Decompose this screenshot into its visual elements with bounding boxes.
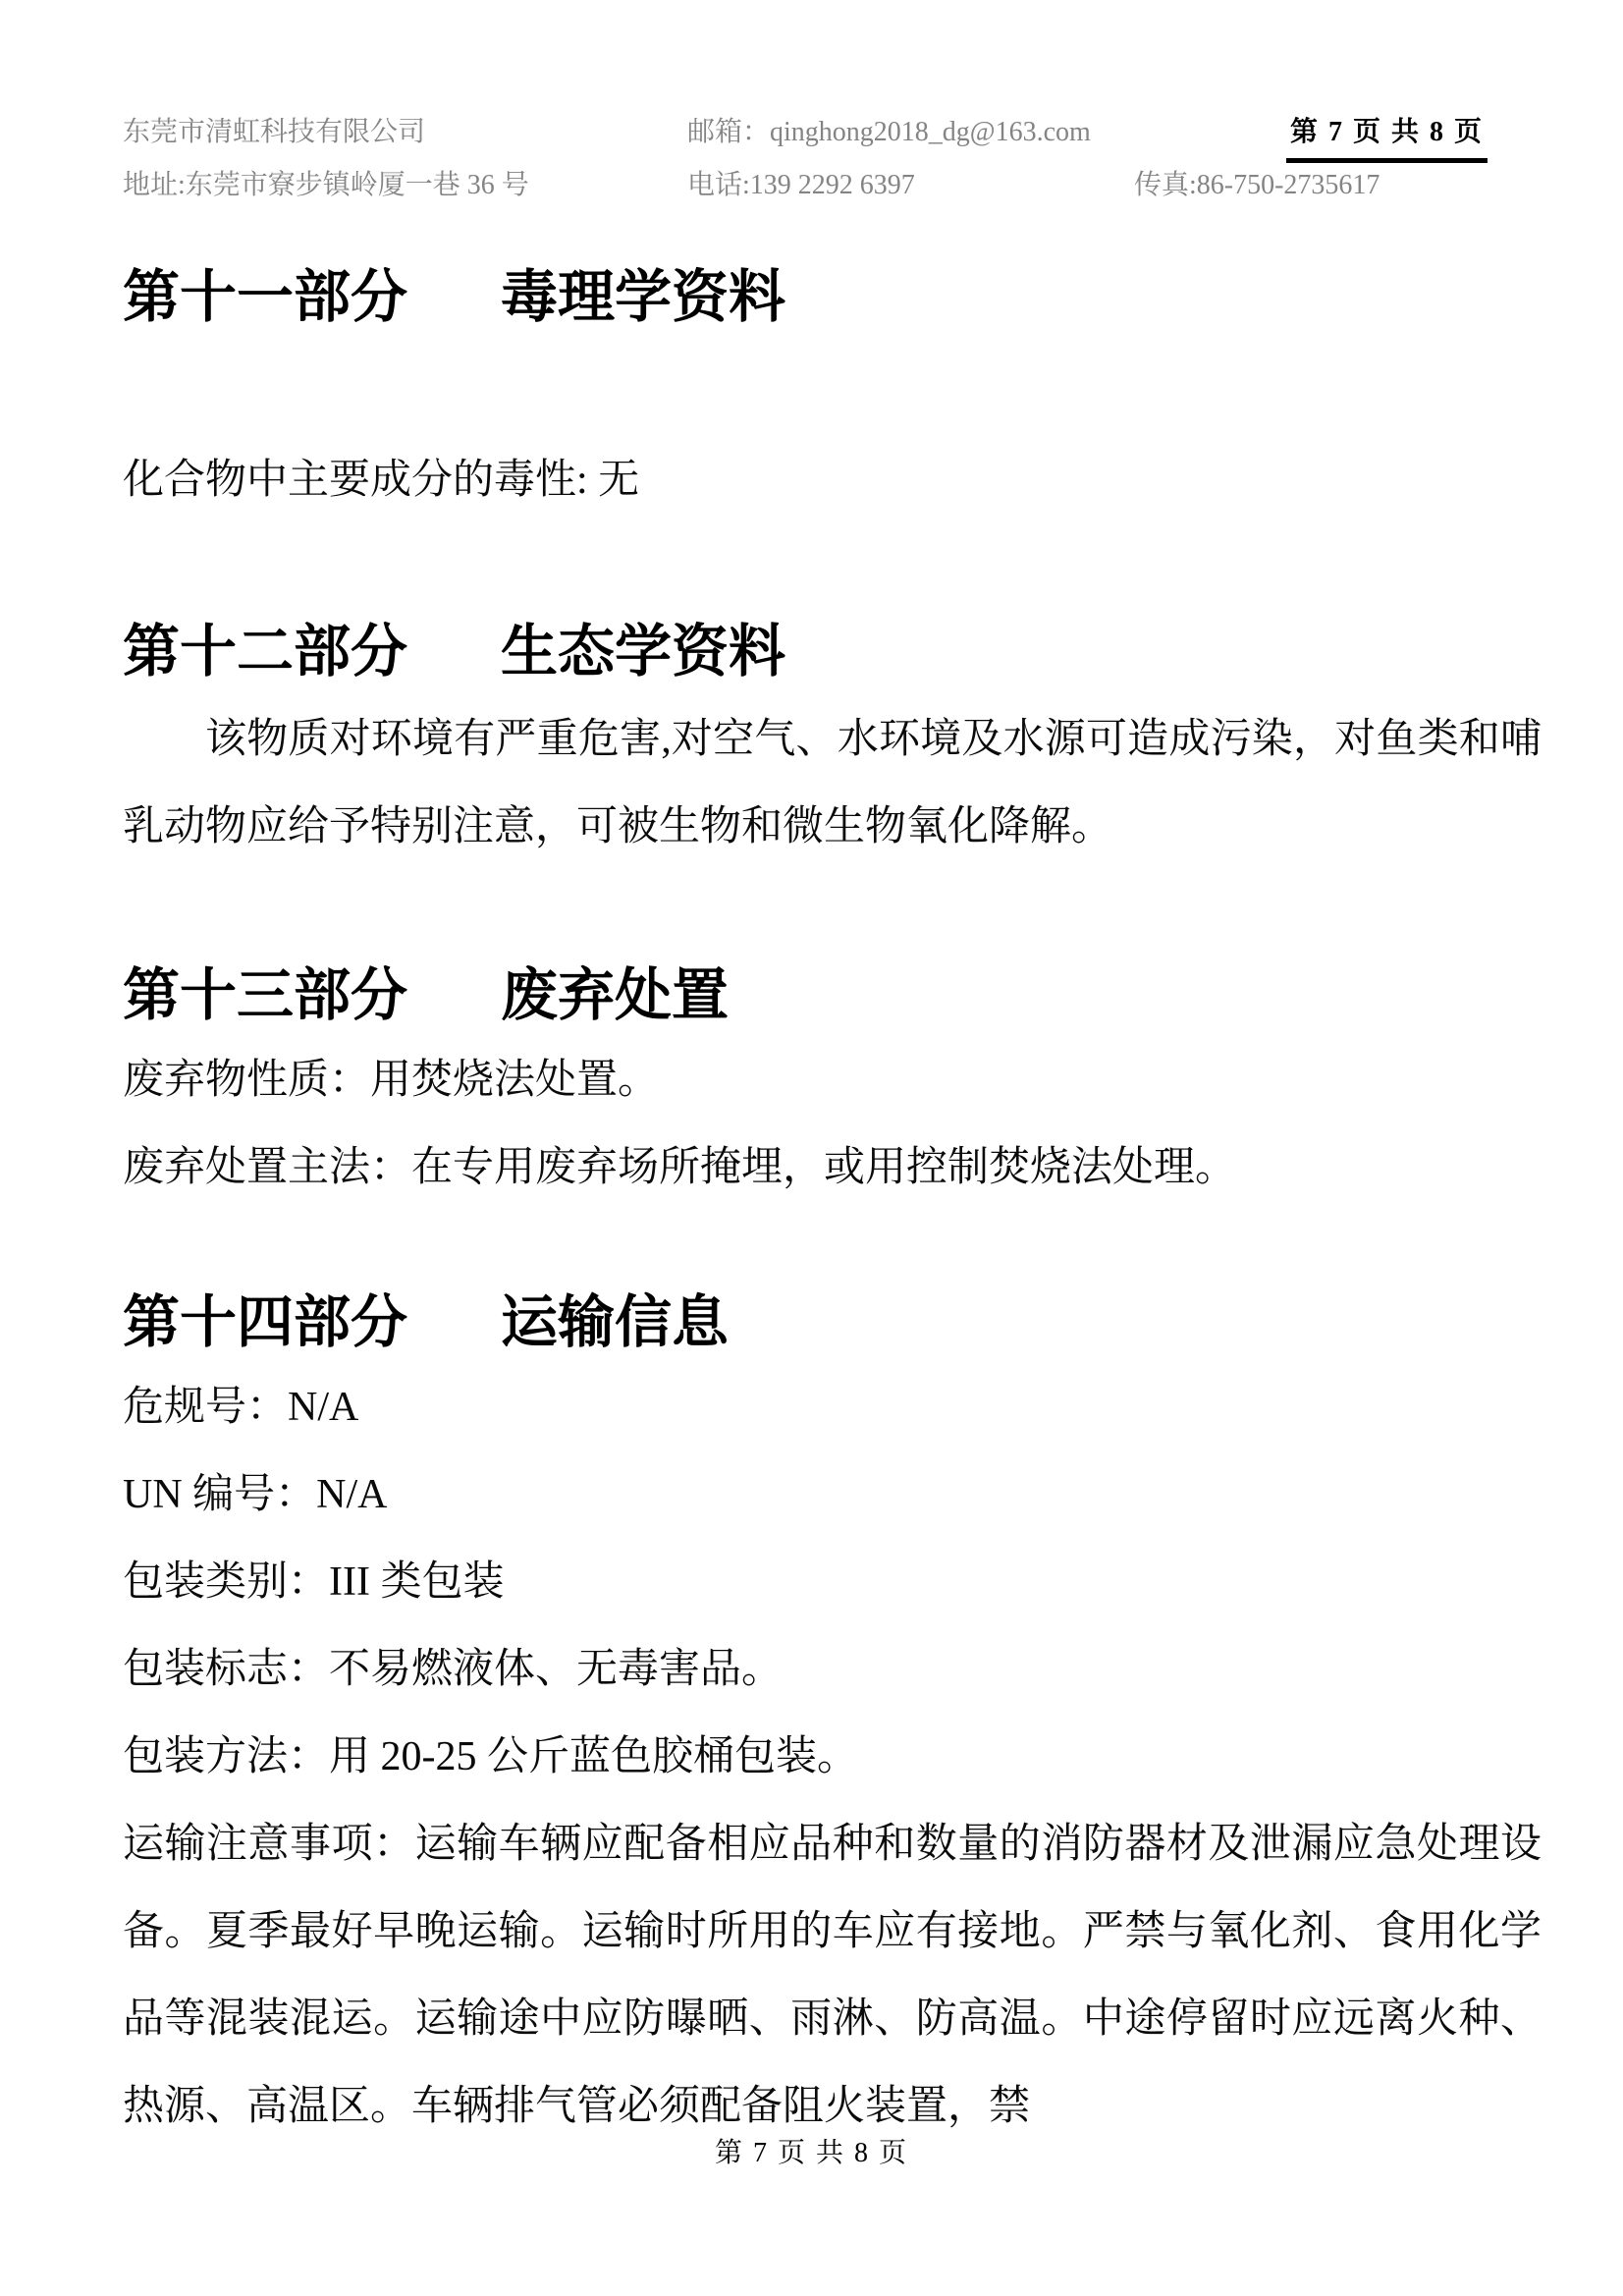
section-11-heading: 第十一部分毒理学资料 <box>123 265 1542 331</box>
ecology-paragraph: 该物质对环境有严重危害,对空气、水环境及水源可造成污染，对鱼类和哺乳动物应给予特… <box>123 696 1542 871</box>
section-11-title: 毒理学资料 <box>501 265 785 331</box>
header-page-number: 第 7 页 共 8 页 <box>1286 110 1488 163</box>
disposal-lines: 废弃物性质：用焚烧法处置。 废弃处置主法：在专用废弃场所掩埋，或用控制焚烧法处理… <box>123 1037 1542 1212</box>
phone-text: 电话:139 2292 6397 <box>687 163 1134 208</box>
section-transport: 第十四部分运输信息 危规号：N/A UN 编号：N/A 包装类别：III 类包装… <box>123 1290 1542 2151</box>
packaging-method-line: 包装方法：用 20-25 公斤蓝色胶桶包装。 <box>123 1714 1542 1801</box>
page-header: 东莞市清虹科技有限公司 邮箱：qinghong2018_dg@163.com 第… <box>123 110 1542 208</box>
disposal-method-line: 废弃处置主法：在专用废弃场所掩埋，或用控制焚烧法处理。 <box>123 1124 1542 1212</box>
section-13-heading: 第十三部分废弃处置 <box>123 963 1542 1029</box>
section-11-number: 第十一部分 <box>123 265 407 329</box>
hazard-code-line: 危规号：N/A <box>123 1364 1542 1451</box>
section-14-heading: 第十四部分运输信息 <box>123 1290 1542 1356</box>
section-14-number: 第十四部分 <box>123 1290 407 1354</box>
address-text: 地址:东莞市寮步镇岭厦一巷 36 号 <box>123 163 687 208</box>
transport-notes-paragraph: 运输注意事项：运输车辆应配备相应品种和数量的消防器材及泄漏应急处理设备。夏季最好… <box>123 1801 1542 2151</box>
section-ecology: 第十二部分生态学资料 该物质对环境有严重危害,对空气、水环境及水源可造成污染，对… <box>123 620 1542 872</box>
packaging-class-line: 包装类别：III 类包装 <box>123 1539 1542 1626</box>
document-page: 东莞市清虹科技有限公司 邮箱：qinghong2018_dg@163.com 第… <box>0 0 1623 2296</box>
section-13-title: 废弃处置 <box>501 963 729 1029</box>
packaging-mark-line: 包装标志：不易燃液体、无毒害品。 <box>123 1626 1542 1714</box>
company-name: 东莞市清虹科技有限公司 <box>123 110 687 163</box>
header-page-number-wrap: 第 7 页 共 8 页 <box>1286 110 1488 163</box>
section-12-number: 第十二部分 <box>123 620 407 683</box>
toxicity-statement: 化合物中主要成分的毒性: 无 <box>123 447 1542 506</box>
transport-lines: 危规号：N/A UN 编号：N/A 包装类别：III 类包装 包装标志：不易燃液… <box>123 1364 1542 1801</box>
section-toxicology: 第十一部分毒理学资料 化合物中主要成分的毒性: 无 <box>123 265 1542 506</box>
footer-page-number: 第 7 页 共 8 页 <box>0 2131 1623 2170</box>
section-13-number: 第十三部分 <box>123 963 407 1027</box>
section-14-title: 运输信息 <box>501 1290 729 1356</box>
un-number-line: UN 编号：N/A <box>123 1451 1542 1539</box>
disposal-nature-line: 废弃物性质：用焚烧法处置。 <box>123 1037 1542 1124</box>
section-12-title: 生态学资料 <box>501 620 785 685</box>
email-text: 邮箱：qinghong2018_dg@163.com <box>687 110 1134 163</box>
fax-text: 传真:86-750-2735617 <box>1134 163 1542 208</box>
section-disposal: 第十三部分废弃处置 废弃物性质：用焚烧法处置。 废弃处置主法：在专用废弃场所掩埋… <box>123 963 1542 1212</box>
section-12-heading: 第十二部分生态学资料 <box>123 620 1542 685</box>
